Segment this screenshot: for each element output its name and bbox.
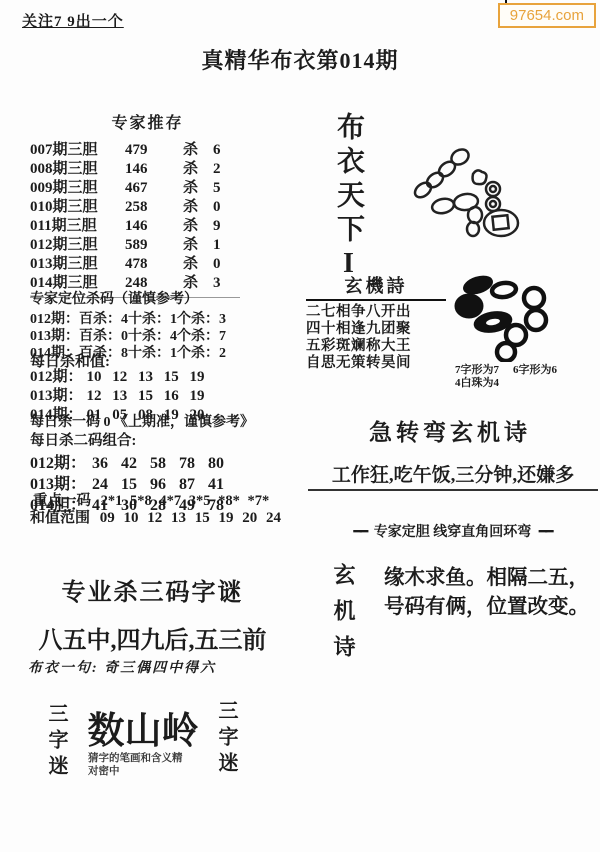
poem-line: 自思无策转昊间 <box>306 355 446 372</box>
buyi-label: 布衣一句: <box>28 661 99 676</box>
mystery-poem-section: 玄機詩 二七相争八开出 四十相逢九团聚 五彩斑斓称大王 自思无策转昊间 <box>306 272 446 372</box>
row-dan: 478 <box>125 255 183 274</box>
row-values: 12 13 15 16 19 <box>87 388 205 404</box>
site-watermark[interactable]: 97654.com <box>498 3 596 28</box>
poem-line: 二七相争八开出 <box>306 304 446 321</box>
list-item: 013期：百杀：0十杀：4个杀：7 <box>30 328 290 345</box>
row-period: 012期： <box>30 312 79 327</box>
table-row: 012期三胆589杀1 <box>30 236 240 255</box>
daily-one-label: 每日杀一码 <box>30 415 100 430</box>
row-text: 百杀：4十杀：1个杀：3 <box>79 312 226 327</box>
buyi-tianxia-title: 布衣天下I <box>328 112 368 285</box>
row-dan: 258 <box>125 198 183 217</box>
daily-kill-one-line: 每日杀一码 0 《上期准，谨慎参考》 <box>30 411 254 431</box>
expert-recommend-title: 专家推存 <box>30 110 265 133</box>
row-dan: 479 <box>125 141 183 160</box>
xuanji-poem-label: 玄机诗 <box>328 563 359 671</box>
table-row: 009期三胆467杀5 <box>30 179 240 198</box>
row-period: 012期三胆 <box>30 236 125 255</box>
table-row: 013期三胆478杀0 <box>30 255 240 274</box>
row-dan: 146 <box>125 217 183 236</box>
row-text: 百杀：0十杀：4个杀：7 <box>79 329 226 344</box>
row-kill-label: 杀 <box>183 160 213 179</box>
row-kill-label: 杀 <box>183 255 213 274</box>
kill-three-riddle: 八五中,四九后,五三前 <box>25 620 280 655</box>
row-kill-label: 杀 <box>183 217 213 236</box>
figure-caption-6: 6字形为6 <box>513 361 557 377</box>
page-title: 真精华布衣第014期 <box>0 44 600 75</box>
table-row: 007期三胆479杀6 <box>30 141 240 160</box>
daily-one-value: 0 <box>104 415 111 430</box>
caption-line: 猜字的笔画和含义精 <box>88 752 183 765</box>
row-dan: 146 <box>125 160 183 179</box>
sum-range-label: 和值范围 <box>30 510 90 526</box>
row-kill-label: 杀 <box>183 179 213 198</box>
list-item: 012期：10 12 13 15 19 <box>30 368 205 387</box>
table-row: 008期三胆146杀2 <box>30 160 240 179</box>
row-dan: 467 <box>125 179 183 198</box>
sharp-turn-riddle: 工作狂,吃午饭,三分钟,还嫌多 <box>308 460 598 491</box>
row-dan: 589 <box>125 236 183 255</box>
three-char-label-left: 三字迷 <box>42 703 71 781</box>
row-kill: 0 <box>213 198 221 217</box>
row-period: 008期三胆 <box>30 160 125 179</box>
row-kill-label: 杀 <box>183 236 213 255</box>
xuanji-poem-text: 缘木求鱼。相隔二五， 号码有俩，位置改变。 <box>384 564 589 622</box>
daily-two-title: 每日杀二码组合: <box>30 429 224 450</box>
focus-note: 关注7 9出一个 <box>22 10 124 31</box>
buyi-sentence: 布衣一句: 奇三偶四中得六 <box>28 657 216 677</box>
row-kill: 5 <box>213 179 221 198</box>
row-kill-label: 杀 <box>183 198 213 217</box>
figure-caption-4: 4白珠为4 <box>455 374 499 390</box>
mystery-poem-title: 玄機詩 <box>306 272 446 301</box>
row-period: 013期： <box>30 329 79 344</box>
beads-number-figure-icon <box>405 126 530 238</box>
row-period: 007期三胆 <box>30 141 125 160</box>
sharp-turn-title: 急转弯玄机诗 <box>305 414 595 447</box>
poem-line: 四十相逢九团聚 <box>306 321 446 338</box>
row-period: 011期三胆 <box>30 217 125 236</box>
buyi-value: 奇三偶四中得六 <box>104 661 216 676</box>
caption-line: 对密中 <box>88 765 183 778</box>
row-period: 010期三胆 <box>30 198 125 217</box>
left-dash-deco: ━━ <box>353 525 366 540</box>
three-char-riddle: 数山岭 <box>78 700 208 754</box>
row-period: 009期三胆 <box>30 179 125 198</box>
sum-range-values: 09 10 12 13 15 19 20 24 <box>100 510 281 526</box>
row-kill: 1 <box>213 236 221 255</box>
table-row: 011期三胆146杀9 <box>30 217 240 236</box>
tip-sheet-page: 关注7 9出一个 97654.com 真精华布衣第014期 专家推存 007期三… <box>0 0 600 852</box>
row-values: 36 42 58 78 80 <box>92 455 224 472</box>
expert-recommend-section: 专家推存 007期三胆479杀6 008期三胆146杀2 009期三胆467杀5… <box>30 110 265 298</box>
row-kill: 0 <box>213 255 221 274</box>
three-char-caption: 猜字的笔画和含义精 对密中 <box>88 752 183 778</box>
row-period: 012期： <box>30 369 83 385</box>
three-char-label-right: 三字迷 <box>212 700 241 778</box>
row-kill: 6 <box>213 141 221 160</box>
positional-kill-title: 专家定位杀码（谨慎参考） <box>30 288 290 308</box>
row-period: 013期： <box>30 388 83 404</box>
footer-text: 专家定胆 线穿直角回环弯 <box>374 525 532 540</box>
kill-three-title: 专业杀三码字谜 <box>30 572 275 607</box>
table-row: 010期三胆258杀0 <box>30 198 240 217</box>
sharp-turn-footer: ━━ 专家定胆 线穿直角回环弯 ━━ <box>305 521 600 541</box>
list-item: 012期：百杀：4十杀：1个杀：3 <box>30 311 290 328</box>
list-item: 012期：36 42 58 78 80 <box>30 453 224 474</box>
expert-recommend-list: 007期三胆479杀6 008期三胆146杀2 009期三胆467杀5 010期… <box>30 141 240 298</box>
row-values: 10 12 13 15 19 <box>87 369 205 385</box>
dark-beads-figure-icon <box>448 270 566 362</box>
list-item: 013期：12 13 15 16 19 <box>30 387 205 406</box>
row-kill: 9 <box>213 217 221 236</box>
row-period: 013期三胆 <box>30 255 125 274</box>
right-dash-deco: ━━ <box>539 525 552 540</box>
row-period: 012期： <box>30 455 86 472</box>
daily-one-note: 《上期准，谨慎参考》 <box>114 415 254 430</box>
row-kill: 2 <box>213 160 221 179</box>
row-kill-label: 杀 <box>183 141 213 160</box>
poem-line: 五彩斑斓称大王 <box>306 338 446 355</box>
poem-line: 缘木求鱼。相隔二五， <box>384 564 589 593</box>
poem-line: 号码有俩，位置改变。 <box>384 593 589 622</box>
sum-range-line: 和值范围 09 10 12 13 15 19 20 24 <box>30 506 281 527</box>
